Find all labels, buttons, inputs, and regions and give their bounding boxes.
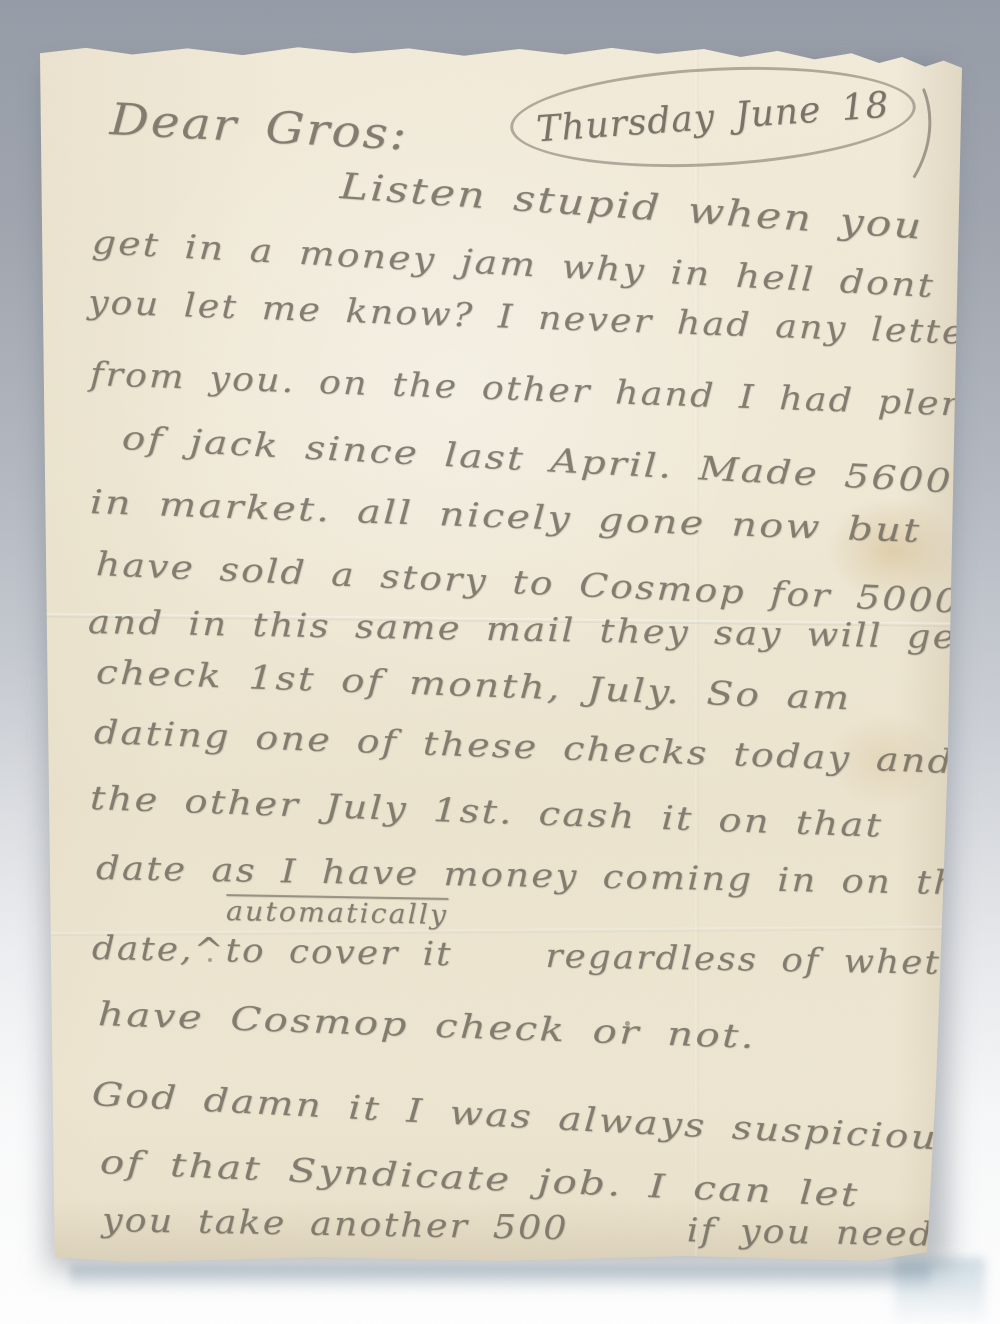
date-text: Thursday June 18 [535, 84, 891, 150]
letter-line: the other July 1st. cash it on that [89, 778, 884, 845]
letter-line: date,^to cover it regardless of whether [92, 928, 1000, 983]
letter-line: God damn it I was always suspicious [91, 1074, 961, 1158]
letter-line: date as I have money coming in on that [96, 848, 1000, 903]
letter-paper: Thursday June 18 Dear Gros: Listen stupi… [40, 46, 962, 1262]
inserted-word: automatically [226, 896, 449, 931]
pen-flourish-stroke [898, 85, 943, 183]
circled-date: Thursday June 18 [508, 57, 919, 176]
letter-line: from you. on the other hand I had plenty [89, 354, 1000, 425]
letter-photo-scene: Thursday June 18 Dear Gros: Listen stupi… [0, 0, 1000, 1324]
salutation: Dear Gros: [109, 94, 410, 161]
letter-line: have Cosmop check or not. [97, 994, 756, 1056]
letter-line: dating one of these checks today and [93, 712, 955, 781]
letter-line: check 1st of month, July. So am [95, 652, 852, 717]
letter-line: Listen stupid when you [339, 166, 925, 248]
